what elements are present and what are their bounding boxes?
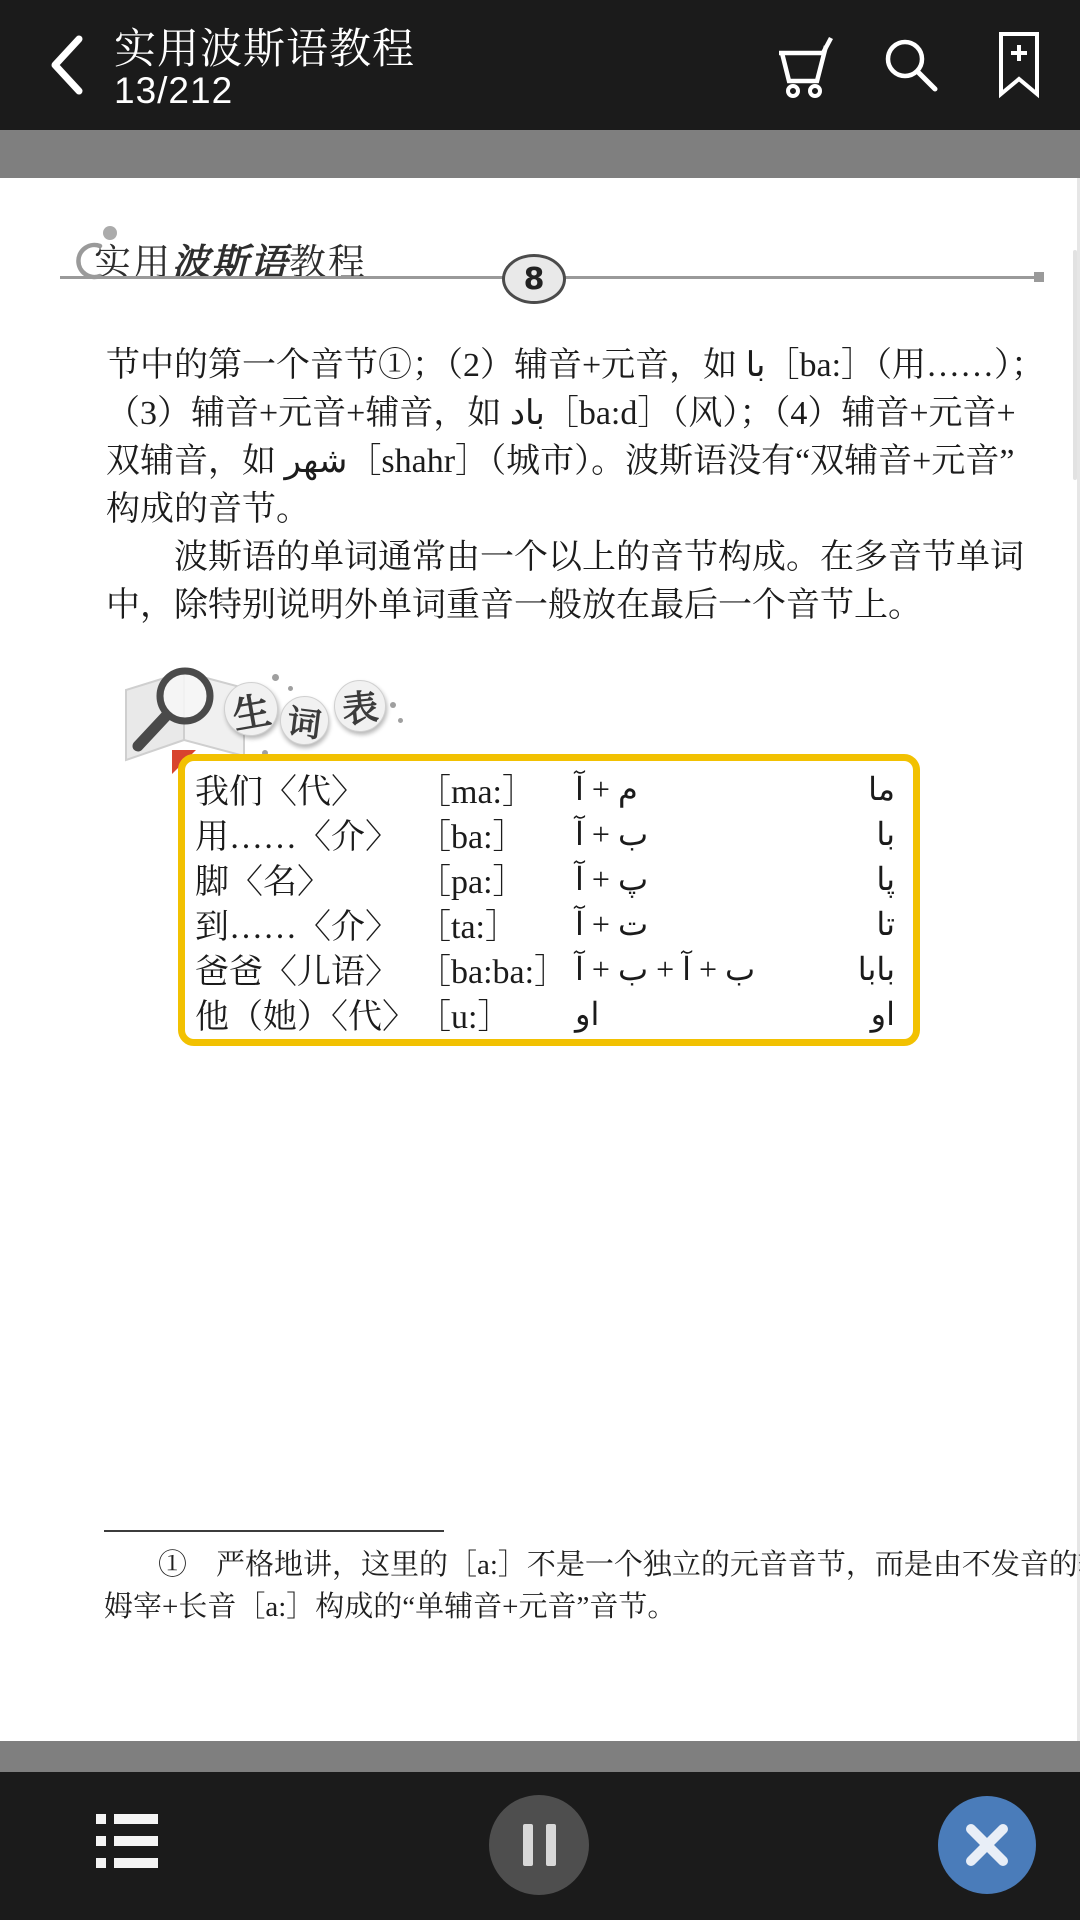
bottom-bar	[0, 1772, 1080, 1920]
bookmark-add-icon	[994, 30, 1044, 100]
table-row: 到……〈介〉 ［ta:］ ت + آ تا	[185, 901, 913, 946]
vocab-char: 表	[339, 679, 380, 733]
body-text: 节中的第一个音节①；（2）辅音+元音，如 با［ba:］（用……）； （3）辅音…	[106, 342, 972, 630]
list-icon	[96, 1812, 162, 1872]
header-rule-end-dot	[1034, 272, 1044, 282]
vocab-char-circle: 表	[331, 677, 388, 734]
table-row: 脚〈名〉 ［pa:］ پ + آ پا	[185, 856, 913, 901]
search-button[interactable]	[880, 34, 942, 98]
book-page: 实用波斯语教程 8 节中的第一个音节①；（2）辅音+元音，如 با［ba:］（用…	[0, 178, 1080, 1741]
top-bar: 实用波斯语教程 13/212	[0, 0, 1080, 130]
persian-word-cell: ما	[825, 770, 913, 808]
body-line: 双辅音，如 شهر［shahr］（城市）。波斯语没有“双辅音+元音”	[106, 438, 972, 486]
vocab-char: 生	[227, 679, 274, 740]
footnote: ① 严格地讲，这里的［a:］不是一个独立的元音音节，而是由不发音的辅音哈 姆宰+…	[104, 1544, 984, 1628]
pronunciation-cell: ［ba:］	[417, 809, 575, 858]
close-button[interactable]	[938, 1796, 1036, 1894]
letter-formula-cell: او	[575, 995, 825, 1033]
vocab-char-circle: 词	[277, 693, 332, 748]
cart-button[interactable]	[774, 34, 836, 98]
letter-formula-cell: پ + آ	[575, 860, 825, 898]
persian-word-cell: با	[825, 815, 913, 853]
meaning-cell: 到……〈介〉	[185, 899, 417, 948]
scrollbar-thumb[interactable]	[1073, 250, 1077, 480]
page-indicator: 13/212	[114, 70, 233, 112]
reader-screen: 实用波斯语教程 13/212	[0, 0, 1080, 1920]
persian-word-cell: او	[825, 995, 913, 1033]
page-number: 8	[524, 262, 545, 297]
top-gray-strip	[0, 130, 1080, 178]
ornament-dot	[272, 674, 279, 681]
table-row: 他（她）〈代〉 ［u:］ او او	[185, 991, 913, 1036]
shopping-cart-icon	[774, 34, 836, 98]
meaning-cell: 我们〈代〉	[185, 764, 417, 813]
body-line: 中，除特别说明外单词重音一般放在最后一个音节上。	[106, 582, 972, 630]
ornament-dot	[398, 718, 403, 723]
page-number-badge: 8	[502, 254, 566, 304]
meaning-cell: 脚〈名〉	[185, 854, 417, 903]
table-row: 爸爸〈儿语〉 ［ba:ba:］ ب + آ + ب + آ بابا	[185, 946, 913, 991]
ornament-dot	[288, 686, 293, 691]
pronunciation-cell: ［ta:］	[417, 899, 575, 948]
search-icon	[880, 34, 942, 98]
pronunciation-cell: ［ba:ba:］	[417, 944, 575, 993]
bookmark-add-button[interactable]	[994, 30, 1056, 94]
body-line: 节中的第一个音节①；（2）辅音+元音，如 با［ba:］（用……）；	[106, 342, 972, 390]
pronunciation-cell: ［u:］	[417, 989, 575, 1038]
pause-button[interactable]	[489, 1795, 589, 1895]
meaning-cell: 爸爸〈儿语〉	[185, 944, 417, 993]
pause-icon	[546, 1824, 556, 1866]
pronunciation-cell: ［ma:］	[417, 764, 575, 813]
body-line: 构成的音节。	[106, 486, 972, 534]
persian-word-cell: تا	[825, 905, 913, 943]
letter-formula-cell: م + آ	[575, 770, 825, 808]
footnote-rule	[104, 1530, 444, 1532]
persian-word-cell: پا	[825, 860, 913, 898]
letter-formula-cell: ب + آ + ب + آ	[575, 950, 825, 988]
back-button[interactable]	[46, 33, 90, 97]
meaning-cell: 他（她）〈代〉	[185, 989, 417, 1038]
bottom-gray-strip	[0, 1741, 1080, 1772]
vocab-char: 词	[285, 694, 325, 747]
footnote-line: ① 严格地讲，这里的［a:］不是一个独立的元音音节，而是由不发音的辅音哈	[104, 1544, 984, 1586]
pronunciation-cell: ［pa:］	[417, 854, 575, 903]
persian-word-cell: بابا	[825, 950, 913, 988]
close-icon	[938, 1796, 1036, 1894]
book-title: 实用波斯语教程	[114, 16, 415, 76]
letter-formula-cell: ب + آ	[575, 815, 825, 853]
table-row: 用……〈介〉 ［ba:］ ب + آ با	[185, 811, 913, 856]
letter-formula-cell: ت + آ	[575, 905, 825, 943]
body-line: 波斯语的单词通常由一个以上的音节构成。在多音节单词	[106, 534, 972, 582]
meaning-cell: 用……〈介〉	[185, 809, 417, 858]
vocab-table: 我们〈代〉 ［ma:］ م + آ ما 用……〈介〉 ［ba:］ ب + آ …	[178, 754, 920, 1046]
body-line: （3）辅音+元音+辅音，如 باد［ba:d］（风）；（4）辅音+元音+	[106, 390, 972, 438]
back-chevron-icon	[46, 33, 90, 97]
pause-icon	[523, 1824, 533, 1866]
table-row: 我们〈代〉 ［ma:］ م + آ ما	[185, 766, 913, 811]
footnote-line: 姆宰+长音［a:］构成的“单辅音+元音”音节。	[104, 1586, 984, 1628]
ornament-dot	[390, 702, 396, 708]
toc-button[interactable]	[96, 1812, 162, 1872]
